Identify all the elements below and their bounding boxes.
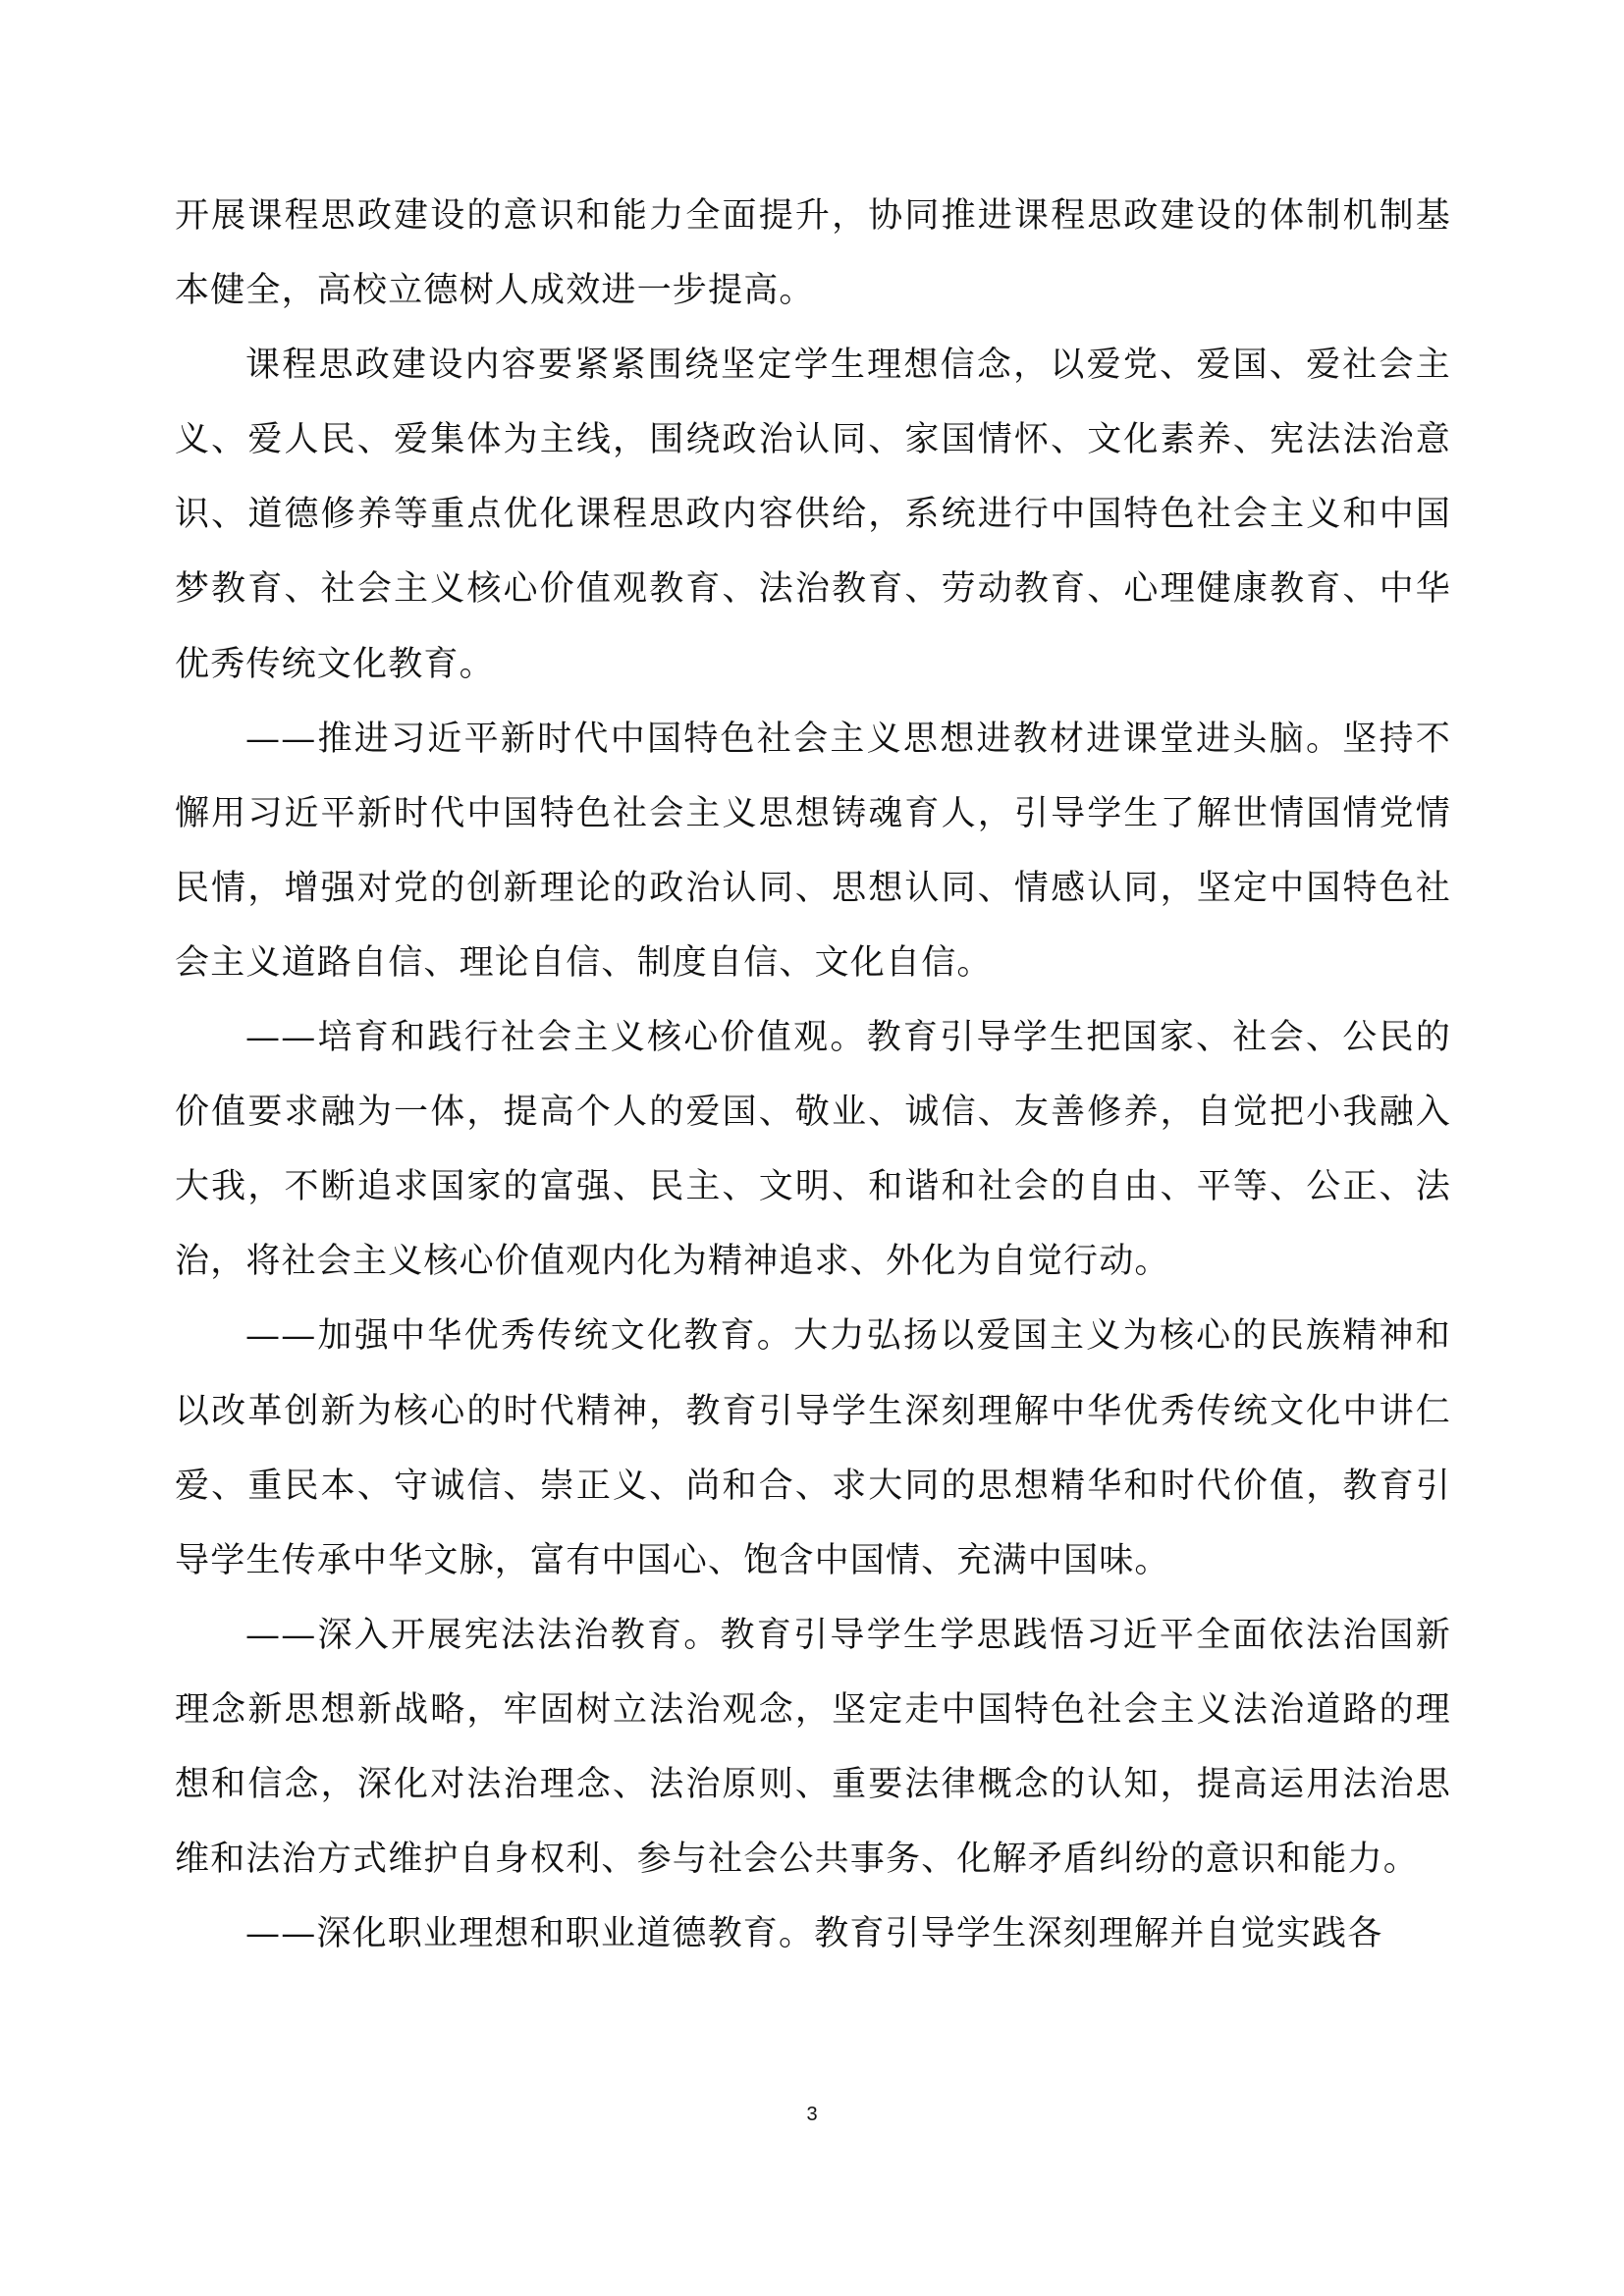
body-text: 开展课程思政建设的意识和能力全面提升，协同推进课程思政建设的体制机制基本健全，高…: [175, 179, 1451, 1971]
paragraph-6: ——深入开展宪法法治教育。教育引导学生学思践悟习近平全面依法治国新理念新思想新战…: [175, 1598, 1451, 1896]
paragraph-7: ——深化职业理想和职业道德教育。教育引导学生深刻理解并自觉实践各: [175, 1896, 1451, 1971]
page-number: 3: [0, 2104, 1624, 2126]
paragraph-2: 课程思政建设内容要紧紧围绕坚定学生理想信念，以爱党、爱国、爱社会主义、爱人民、爱…: [175, 328, 1451, 701]
paragraph-4: ——培育和践行社会主义核心价值观。教育引导学生把国家、社会、公民的价值要求融为一…: [175, 1000, 1451, 1299]
paragraph-5: ——加强中华优秀传统文化教育。大力弘扬以爱国主义为核心的民族精神和以改革创新为核…: [175, 1299, 1451, 1597]
document-page: 开展课程思政建设的意识和能力全面提升，协同推进课程思政建设的体制机制基本健全，高…: [0, 0, 1624, 2296]
paragraph-3: ——推进习近平新时代中国特色社会主义思想进教材进课堂进头脑。坚持不懈用习近平新时…: [175, 702, 1451, 1000]
paragraph-1: 开展课程思政建设的意识和能力全面提升，协同推进课程思政建设的体制机制基本健全，高…: [175, 179, 1451, 328]
